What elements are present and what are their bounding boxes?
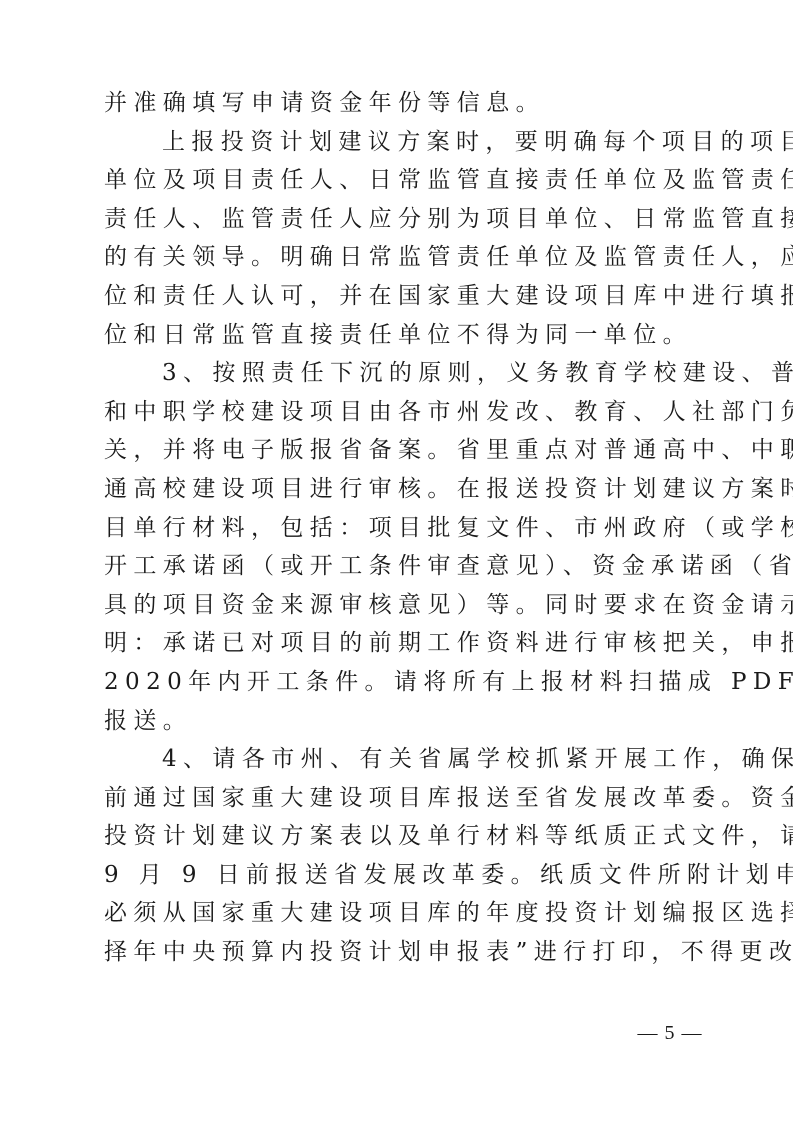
text-line: 必须从国家重大建设项目库的年度投资计划编报区选择“择“选: [104, 894, 716, 933]
text-line: 和中职学校建设项目由各市州发改、教育、人社部门负责审核把: [104, 393, 716, 432]
text-line: 责任人、监管责任人应分别为项目单位、日常监管直接责任单位: [104, 200, 716, 239]
paragraph-item-4: 4、请各市州、有关省属学校抓紧开展工作，确保在 9 月 3 日 前通过国家重大建…: [104, 740, 716, 972]
page-number: — 5 —: [630, 1022, 710, 1045]
text-line: 前通过国家重大建设项目库报送至省发展改革委。资金申请文件、: [104, 779, 716, 818]
text-line: 并准确填写申请资金年份等信息。: [104, 84, 716, 123]
paragraph-item-3: 3、按照责任下沉的原则，义务教育学校建设、普通高中建设 和中职学校建设项目由各市…: [104, 354, 716, 740]
document-body: 并准确填写申请资金年份等信息。 上报投资计划建议方案时，要明确每个项目的项目（法…: [104, 84, 716, 972]
text-line: 3、按照责任下沉的原则，义务教育学校建设、普通高中建设: [104, 354, 716, 393]
text-line: 位和责任人认可，并在国家重大建设项目库中进行填报，项目单: [104, 277, 716, 316]
text-line: 上报投资计划建议方案时，要明确每个项目的项目（法人）: [104, 123, 716, 162]
text-line: 目单行材料，包括：项目批复文件、市州政府（或学校主管部门）: [104, 509, 716, 548]
text-line: 关，并将电子版报省备案。省里重点对普通高中、中职学校和普: [104, 431, 716, 470]
text-line: 2020年内开工条件。请将所有上报材料扫描成 PDF 电子文档一并: [104, 663, 716, 702]
text-line: 择年中央预算内投资计划申报表”进行打印，不得更改。: [104, 933, 716, 972]
paragraph-plan-requirements: 上报投资计划建议方案时，要明确每个项目的项目（法人） 单位及项目责任人、日常监管…: [104, 123, 716, 355]
text-line: 开工承诺函（或开工条件审查意见）、资金承诺函（省财政厅出: [104, 547, 716, 586]
document-page: 并准确填写申请资金年份等信息。 上报投资计划建议方案时，要明确每个项目的项目（法…: [0, 0, 793, 1122]
paragraph-continuation: 并准确填写申请资金年份等信息。: [104, 84, 716, 123]
text-line: 的有关领导。明确日常监管责任单位及监管责任人，应经有关单: [104, 238, 716, 277]
text-line: 位和日常监管直接责任单位不得为同一单位。: [104, 316, 716, 355]
text-line: 通高校建设项目进行审核。在报送投资计划建议方案时需随附项: [104, 470, 716, 509]
text-line: 投资计划建议方案表以及单行材料等纸质正式文件，请于 2019 年: [104, 817, 716, 856]
text-line: 具的项目资金来源审核意见）等。同时要求在资金请示文件中注: [104, 586, 716, 625]
text-line: 4、请各市州、有关省属学校抓紧开展工作，确保在 9 月 3 日: [104, 740, 716, 779]
text-line: 报送。: [104, 702, 716, 741]
text-line: 单位及项目责任人、日常监管直接责任单位及监管责任人。项目: [104, 161, 716, 200]
text-line: 9 月 9 日前报送省发展改革委。纸质文件所附计划申报表(即附件): [104, 856, 716, 895]
text-line: 明：承诺已对项目的前期工作资料进行审核把关，申报项目具备: [104, 624, 716, 663]
